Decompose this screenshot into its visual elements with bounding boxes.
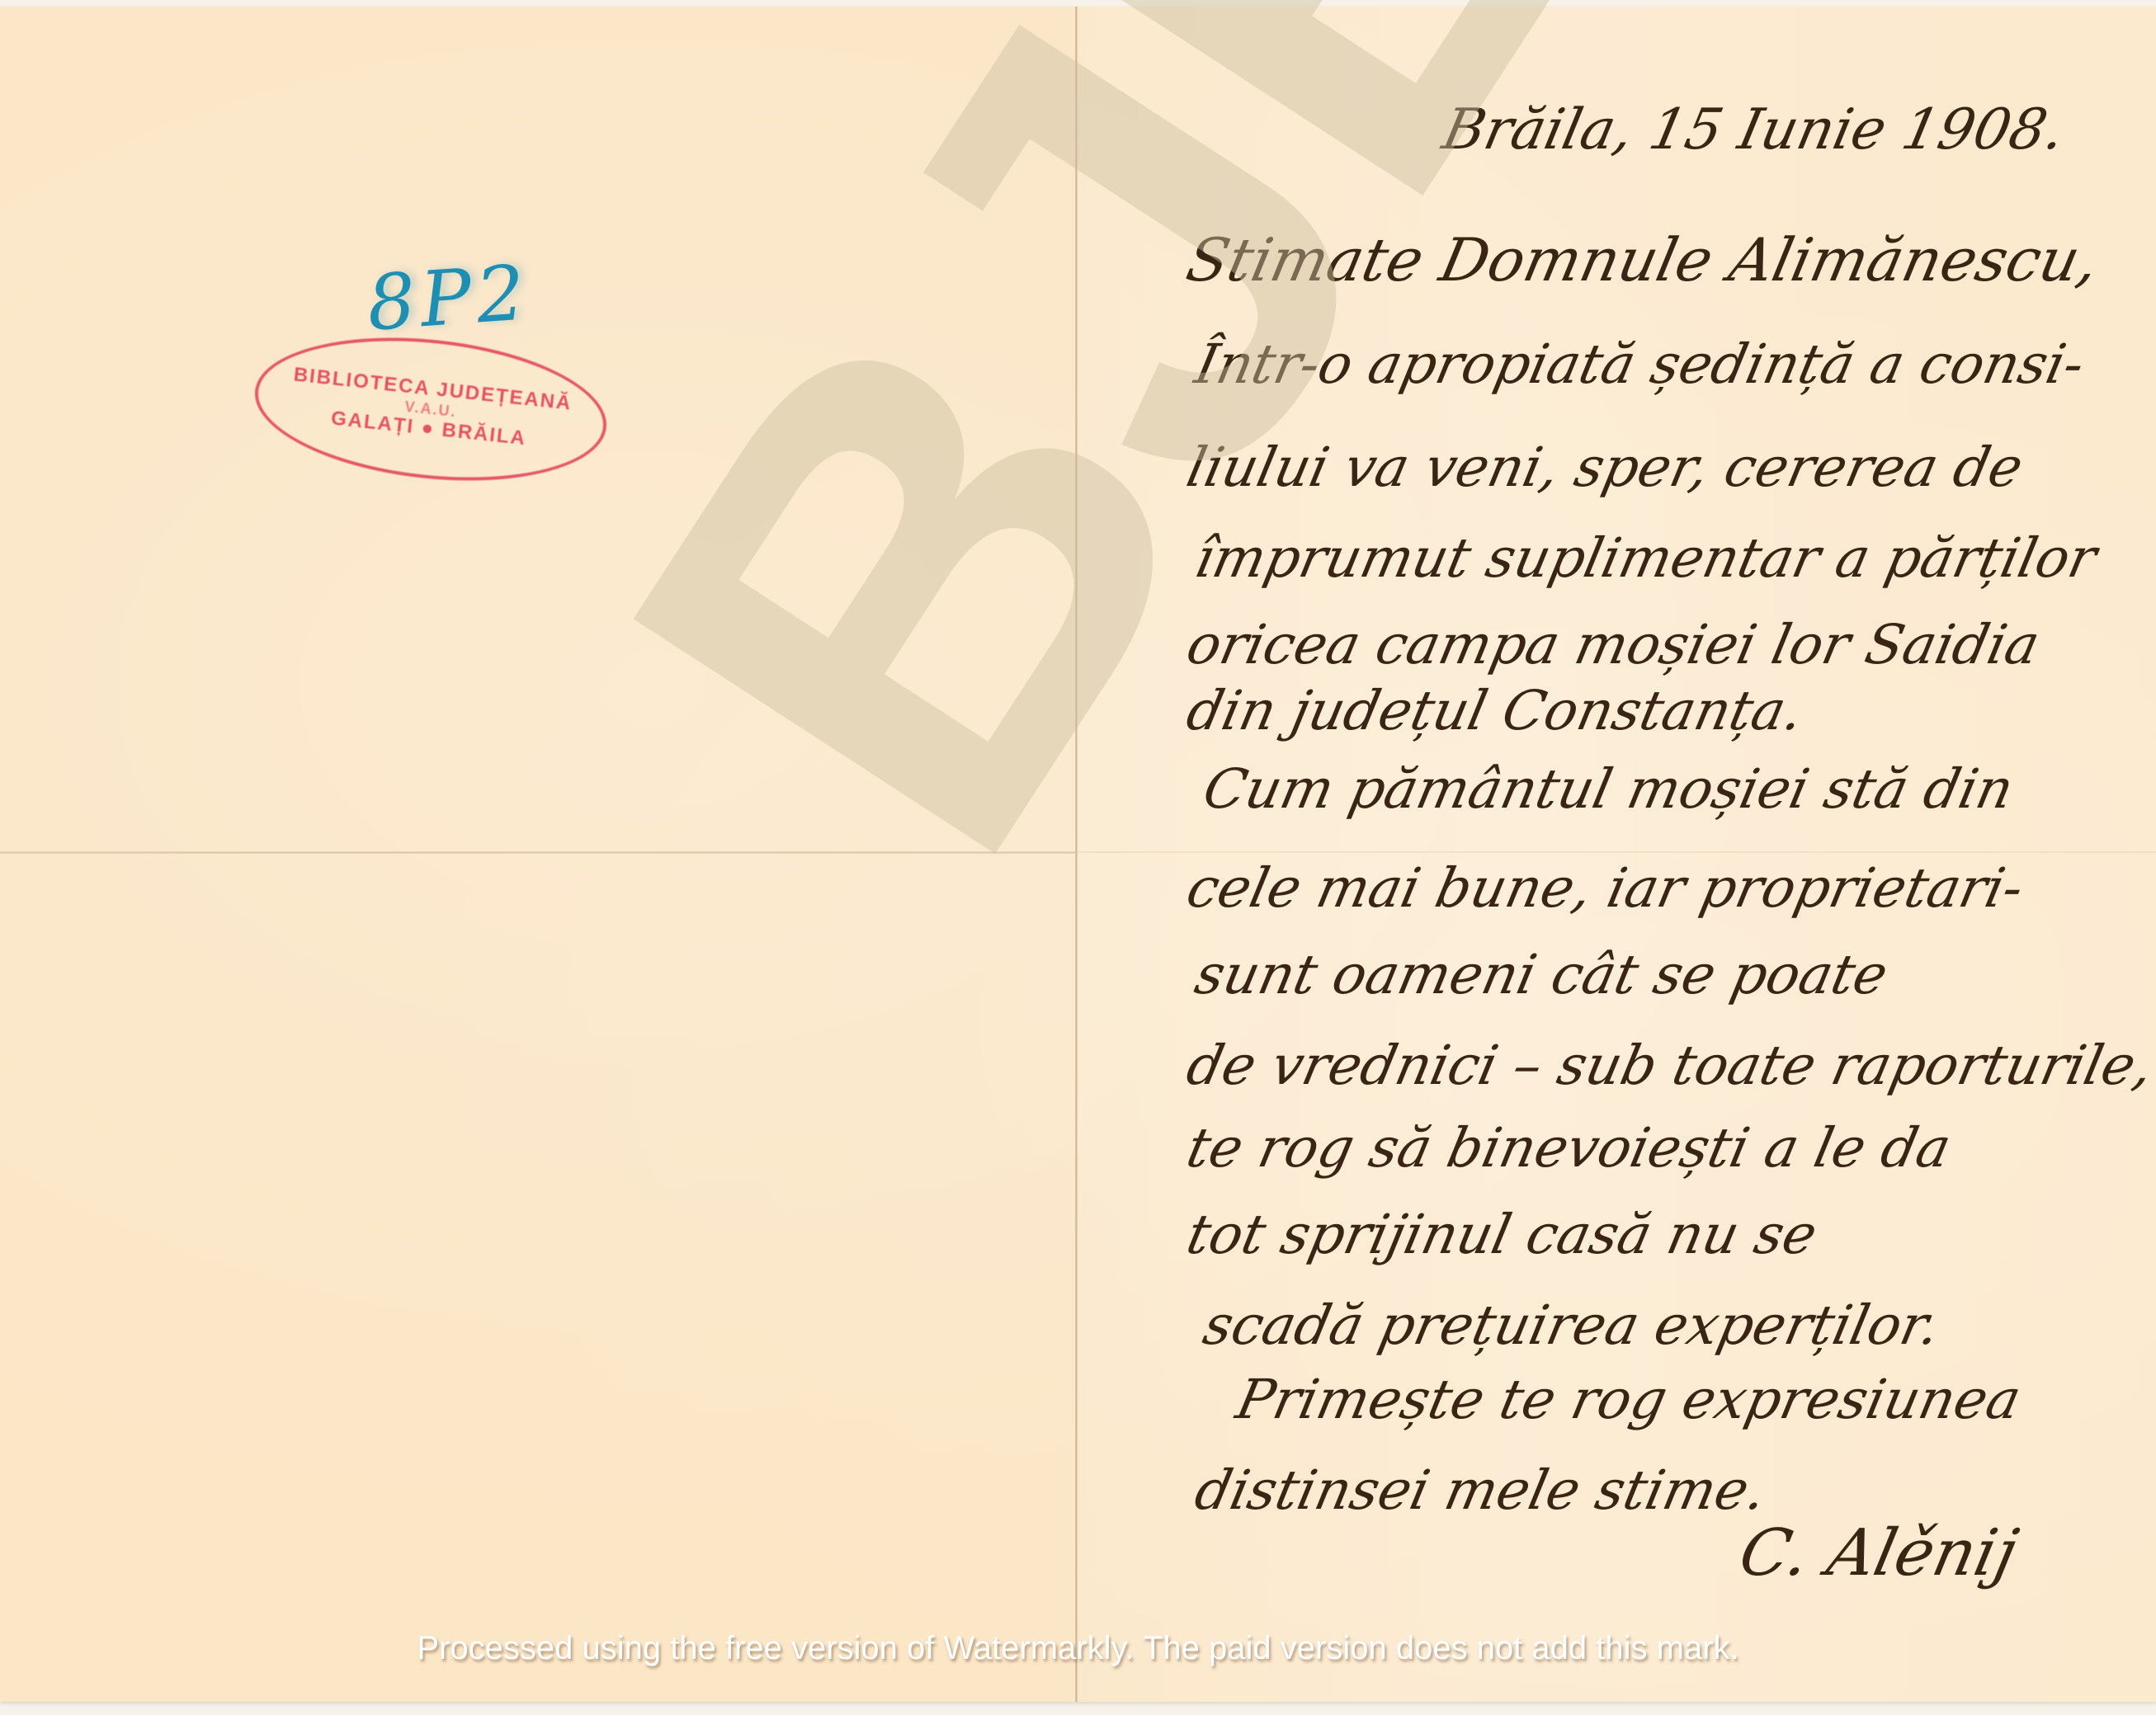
letter-line: liului va veni, sper, cererea de: [1182, 436, 2029, 499]
letter-line: Cum pământul moșiei stă din: [1198, 757, 2019, 821]
archive-number: 8P2: [365, 248, 533, 347]
letter-line: Într-o apropiată ședință a consi-: [1190, 332, 2090, 396]
letter-line: te rog să binevoiești a le da: [1182, 1116, 1956, 1180]
letter-line: împrumut suplimentar a părților: [1190, 526, 2102, 590]
letter-line: oricea campa moșiei lor Saidia: [1182, 613, 2045, 676]
horizontal-fold-line-left: [0, 851, 1075, 854]
letter-dateline: Brăila, 15 Iunie 1908.: [1437, 97, 2071, 163]
letter-line: cele mai bune, iar proprietari-: [1182, 856, 2029, 920]
letter-line: scadă prețuirea experților.: [1198, 1293, 1946, 1357]
handwritten-letter: Brăila, 15 Iunie 1908. Stimate Domnule A…: [1172, 7, 2145, 1706]
letter-sheet: 8P2 BIBLIOTECA JUDEȚEANĂ V.A.U. GALAȚI ●…: [0, 7, 2156, 1702]
letter-line: de vrednici – sub toate raporturile,: [1182, 1034, 2156, 1097]
letter-salutation: Stimate Domnule Alimănescu,: [1181, 225, 2105, 294]
letter-line: tot sprijinul casă nu se: [1182, 1203, 1823, 1266]
letter-line: din județul Constanța.: [1182, 679, 1809, 742]
vertical-fold-line: [1075, 7, 1078, 1702]
library-stamp: BIBLIOTECA JUDEȚEANĂ V.A.U. GALAȚI ● BRĂ…: [248, 322, 613, 497]
letter-line: distinsei mele stime.: [1190, 1458, 1772, 1522]
letter-line: Primește te rog expresiunea: [1231, 1368, 2026, 1431]
letter-signature: C. Alěnij: [1733, 1516, 2023, 1590]
letter-line: sunt oameni cât se poate: [1190, 943, 1894, 1006]
